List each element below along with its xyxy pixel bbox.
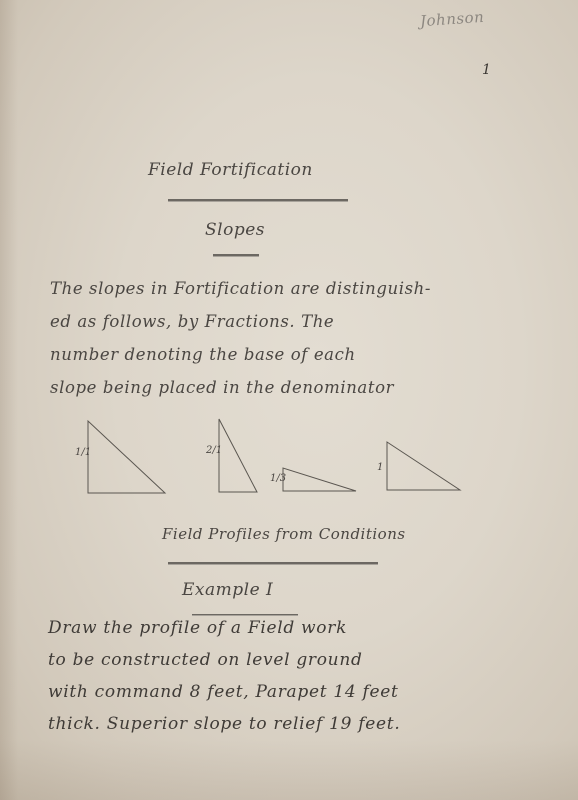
paragraph-line: number denoting the base of each: [50, 338, 540, 371]
triangle-label: 1: [377, 462, 383, 473]
triangle-label: 1/1: [75, 447, 91, 458]
example-title: Example I: [182, 580, 273, 600]
example-text: Draw the profile of a Field work to be c…: [48, 612, 538, 740]
subtitle-underline: [213, 254, 259, 257]
triangle-slope-1: [88, 421, 165, 493]
triangle-label: 2/1: [206, 445, 222, 456]
triangle-slope-3: [283, 468, 356, 491]
paragraph-line: slope being placed in the denominator: [50, 371, 540, 404]
example-line: to be constructed on level ground: [48, 644, 538, 676]
paragraph-line: The slopes in Fortification are distingu…: [50, 272, 540, 305]
triangle-slope-2: [219, 419, 257, 492]
page-number: 1: [482, 62, 491, 78]
manuscript-page: Johnson 1 Field Fortification Slopes The…: [0, 0, 578, 800]
section-underline: [168, 562, 378, 565]
page-title: Field Fortification: [148, 160, 313, 180]
example-line: Draw the profile of a Field work: [48, 612, 538, 644]
intro-paragraph: The slopes in Fortification are distingu…: [50, 272, 540, 404]
example-line: with command 8 feet, Parapet 14 feet: [48, 676, 538, 708]
paragraph-line: ed as follows, by Fractions. The: [50, 305, 540, 338]
triangle-label: 1/3: [270, 473, 286, 484]
subtitle: Slopes: [205, 220, 265, 240]
triangle-slope-4: [387, 442, 460, 490]
example-line: thick. Superior slope to relief 19 feet.: [48, 708, 538, 740]
section-title: Field Profiles from Conditions: [162, 525, 406, 543]
title-underline: [168, 199, 348, 202]
slope-triangles-drawing: [60, 410, 480, 510]
slope-diagrams: 1/1 2/1 1/3 1: [60, 410, 480, 510]
signature: Johnson: [419, 8, 484, 30]
